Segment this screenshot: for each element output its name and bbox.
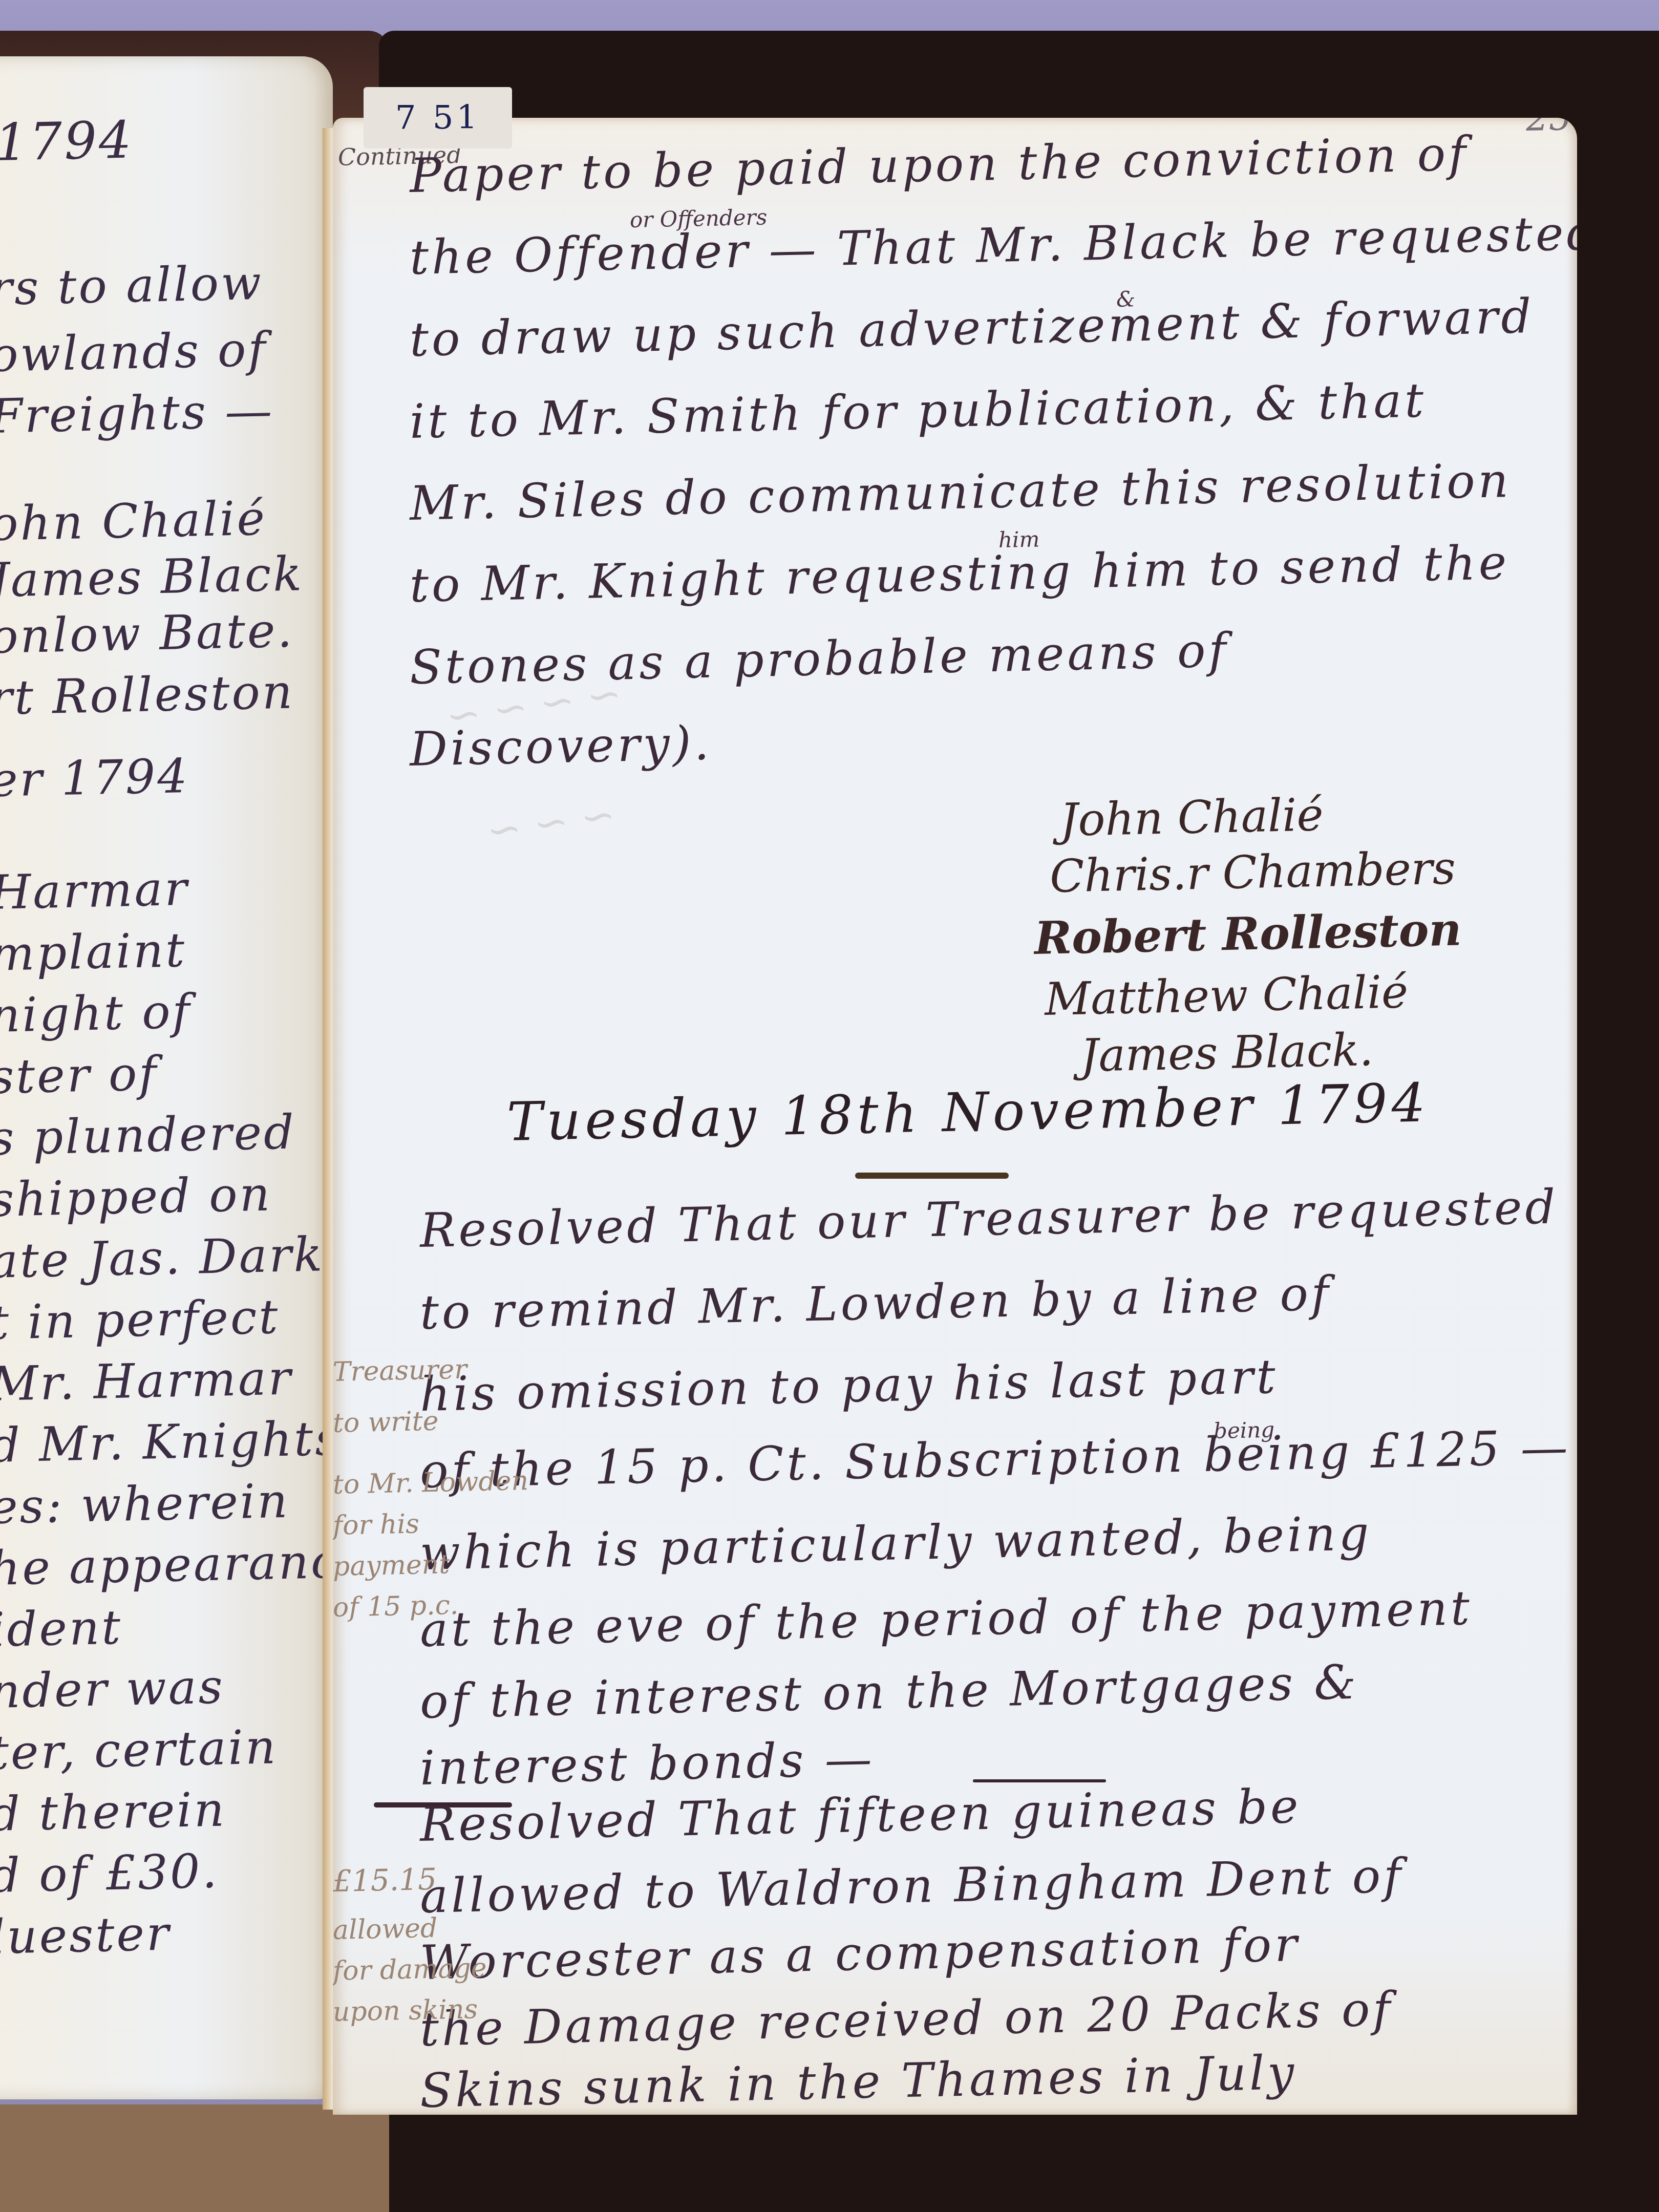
resolution-1-line: interest bonds —: [419, 1731, 876, 1796]
resolution-2-line: Worcester as a compensation for: [419, 1917, 1301, 1990]
meeting-date-heading: Tuesday 18th November 1794: [506, 1071, 1430, 1153]
bleed-through-text: ~ ~ ~: [484, 790, 618, 855]
signature-matthew-chalie: Matthew Chalié: [1044, 965, 1409, 1026]
left-line: d therein: [0, 1782, 227, 1842]
resolution-2-line: allowed to Waldron Bingham Dent of: [419, 1848, 1405, 1924]
end-rule: [973, 1779, 1106, 1782]
left-line: mplaint: [0, 923, 187, 982]
resolution-1-line: to remind Mr. Lowden by a line of: [419, 1266, 1332, 1340]
margin-note-amount: £15.15: [333, 1862, 437, 1899]
body-line: Paper to be paid upon the conviction of: [409, 126, 1470, 203]
margin-note-line: to Mr. Lowden: [333, 1465, 529, 1500]
left-line: es: wherein: [0, 1474, 290, 1535]
signature-john-chalie: John Chalié: [1059, 788, 1324, 846]
margin-note-line: to write: [333, 1406, 439, 1439]
left-line: t in perfect: [0, 1289, 280, 1350]
resolution-1-line: which is particularly wanted, being: [419, 1506, 1373, 1581]
left-line: Freights —: [0, 383, 274, 444]
margin-note-line: for damage: [333, 1953, 487, 1987]
margin-note-treasurer: Treasurer: [333, 1354, 467, 1388]
margin-note-line: allowed: [333, 1913, 438, 1946]
left-line: Mr. Harmar: [0, 1351, 293, 1412]
left-signature: James Black: [0, 546, 304, 608]
body-line: Mr. Siles do communicate this resolution: [409, 453, 1512, 531]
left-line: d Mr. Knights: [0, 1411, 333, 1473]
left-line: owlands of: [0, 322, 268, 382]
resolution-1-line: Resolved That our Treasurer be requested: [419, 1179, 1559, 1258]
resolution-1-line: his omission to pay his last part: [419, 1349, 1279, 1422]
flourish-divider: [855, 1173, 1009, 1179]
desk-surface: [0, 2104, 389, 2212]
left-signature: onlow Bate.: [0, 603, 295, 664]
left-line: he appearance: [0, 1533, 333, 1596]
binding-tag: 7 51: [364, 87, 512, 148]
resolution-1-line: of the interest on the Mortgages &: [419, 1655, 1359, 1729]
left-date: er 1794: [0, 749, 190, 807]
left-line: shipped on: [0, 1166, 272, 1227]
left-line: ident: [0, 1600, 123, 1657]
left-line: ter, certain: [0, 1719, 278, 1780]
left-line: s plundered: [0, 1104, 296, 1165]
resolution-1-line: at the eve of the period of the payment: [419, 1581, 1473, 1657]
left-page: 1794 rs to allow owlands of Freights — o…: [0, 56, 333, 2099]
signature-chris-chambers: Chris.r Chambers: [1049, 841, 1456, 903]
left-line: Harmar: [0, 861, 189, 920]
margin-note-line: for his: [333, 1508, 419, 1541]
signature-robert-rolleston: Robert Rolleston: [1034, 903, 1462, 965]
left-line: nder was: [0, 1659, 225, 1719]
left-line: ate Jas. Dark: [0, 1227, 325, 1289]
margin-note-line: of 15 p.c.: [333, 1590, 459, 1623]
left-year: 1794: [0, 110, 134, 173]
body-line: Stones as a probable means of: [409, 623, 1230, 694]
body-line: it to Mr. Smith for publication, & that: [409, 373, 1427, 449]
page-number: 25: [1525, 118, 1572, 139]
resolution-2-line: Skins sunk in the Thames in July: [419, 2045, 1298, 2115]
margin-note-line: payment: [333, 1549, 450, 1582]
left-line: rs to allow: [0, 256, 264, 316]
margin-note-line: upon skins: [333, 1994, 478, 2028]
resolution-2-line: the Damage received on 20 Packs of: [419, 1982, 1394, 2057]
left-signature: rt Rolleston: [0, 665, 295, 726]
resolution-1-line: of the 15 p. Ct. Subscription being £125…: [419, 1420, 1571, 1499]
body-line: Discovery).: [409, 716, 713, 777]
left-line: night of: [0, 984, 193, 1043]
left-line: luester: [0, 1906, 172, 1965]
left-line: ster of: [0, 1046, 159, 1104]
body-line: to Mr. Knight requesting him to send the: [409, 535, 1510, 613]
left-signature: ohn Chalié: [0, 491, 267, 551]
left-line: d of £30.: [0, 1844, 220, 1903]
body-line: to draw up such advertizement & forward: [409, 289, 1535, 367]
body-line: the Offender — That Mr. Black be request…: [409, 205, 1577, 285]
right-page: ~ ~ ~ ~ ~ ~ ~ 25 Continued Paper to be p…: [333, 118, 1577, 2115]
